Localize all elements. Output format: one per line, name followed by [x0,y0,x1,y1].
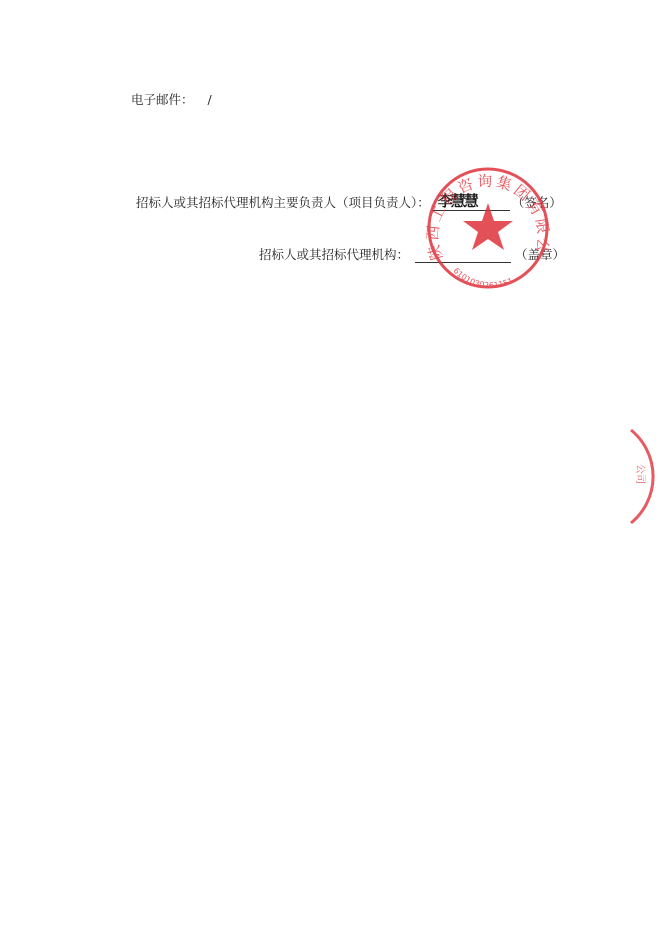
email-label: 电子邮件： [131,92,194,107]
edge-seal-text: 公司 [634,464,646,484]
official-seal: 陕西工程咨询集团有限公司 6101030261151 [423,163,553,293]
email-line: 电子邮件：/ [131,90,212,108]
seal-code: 6101030261151 [451,266,514,290]
organization-label: 招标人或其招标代理机构： [259,247,409,262]
star-icon [463,203,513,250]
signature-label: 招标人或其招标代理机构主要负责人（项目负责人）： [136,195,430,210]
email-value: / [208,92,212,107]
edge-seal-fragment: 公司 [629,428,669,528]
svg-text:6101030261151: 6101030261151 [451,266,514,290]
